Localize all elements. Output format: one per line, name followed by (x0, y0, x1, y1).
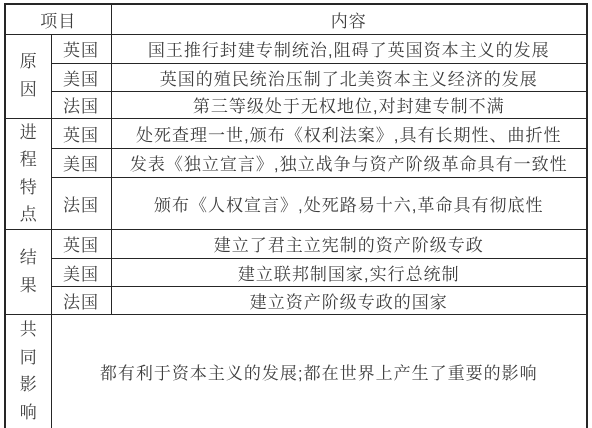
table-row: 法国 颁布《人权宣言》,处死路易十六,革命具有彻底性 (5, 177, 587, 229)
header-project: 项目 (5, 4, 111, 34)
content-cell: 发表《独立宣言》,独立战争与资产阶级革命具有一致性 (111, 148, 587, 177)
merged-content-cell: 都有利于资本主义的发展;都在世界上产生了重要的影响 (51, 314, 587, 428)
table-row: 法国 建立资产阶级专政的国家 (5, 286, 587, 314)
section-label-common-influence: 共同影响 (5, 314, 51, 428)
header-row: 项目 内容 (5, 4, 587, 34)
section-label-results: 结果 (5, 229, 51, 314)
content-cell: 建立了君主立宪制的资产阶级专政 (111, 229, 587, 258)
section-label-text: 原因 (19, 48, 37, 103)
section-label-text: 结果 (19, 244, 37, 299)
content-cell: 处死查理一世,颁布《权利法案》,具有长期性、曲折性 (111, 118, 587, 148)
comparison-table: 项目 内容 原因 英国 国王推行封建专制统治,阻碍了英国资本主义的发展 美国 英… (4, 3, 588, 428)
content-cell: 建立资产阶级专政的国家 (111, 286, 587, 314)
content-cell: 颁布《人权宣言》,处死路易十六,革命具有彻底性 (111, 177, 587, 229)
content-cell: 建立联邦制国家,实行总统制 (111, 258, 587, 286)
table-row: 美国 建立联邦制国家,实行总统制 (5, 258, 587, 286)
section-label-process: 进程特点 (5, 118, 51, 229)
section-label-text: 进程特点 (19, 119, 37, 229)
country-cell: 美国 (51, 63, 111, 91)
table-row: 结果 英国 建立了君主立宪制的资产阶级专政 (5, 229, 587, 258)
country-cell: 英国 (51, 34, 111, 63)
content-cell: 国王推行封建专制统治,阻碍了英国资本主义的发展 (111, 34, 587, 63)
section-label-causes: 原因 (5, 34, 51, 118)
table-wrapper: 项目 内容 原因 英国 国王推行封建专制统治,阻碍了英国资本主义的发展 美国 英… (0, 0, 592, 428)
table-row: 共同影响 都有利于资本主义的发展;都在世界上产生了重要的影响 (5, 314, 587, 428)
section-label-text: 共同影响 (19, 316, 37, 426)
content-cell: 第三等级处于无权地位,对封建专制不满 (111, 91, 587, 118)
country-cell: 法国 (51, 177, 111, 229)
country-cell: 法国 (51, 91, 111, 118)
content-cell: 英国的殖民统治压制了北美资本主义经济的发展 (111, 63, 587, 91)
country-cell: 英国 (51, 229, 111, 258)
country-cell: 美国 (51, 148, 111, 177)
table-row: 原因 英国 国王推行封建专制统治,阻碍了英国资本主义的发展 (5, 34, 587, 63)
country-cell: 美国 (51, 258, 111, 286)
country-cell: 法国 (51, 286, 111, 314)
table-row: 美国 发表《独立宣言》,独立战争与资产阶级革命具有一致性 (5, 148, 587, 177)
table-row: 美国 英国的殖民统治压制了北美资本主义经济的发展 (5, 63, 587, 91)
header-content: 内容 (111, 4, 587, 34)
table-row: 进程特点 英国 处死查理一世,颁布《权利法案》,具有长期性、曲折性 (5, 118, 587, 148)
country-cell: 英国 (51, 118, 111, 148)
table-row: 法国 第三等级处于无权地位,对封建专制不满 (5, 91, 587, 118)
